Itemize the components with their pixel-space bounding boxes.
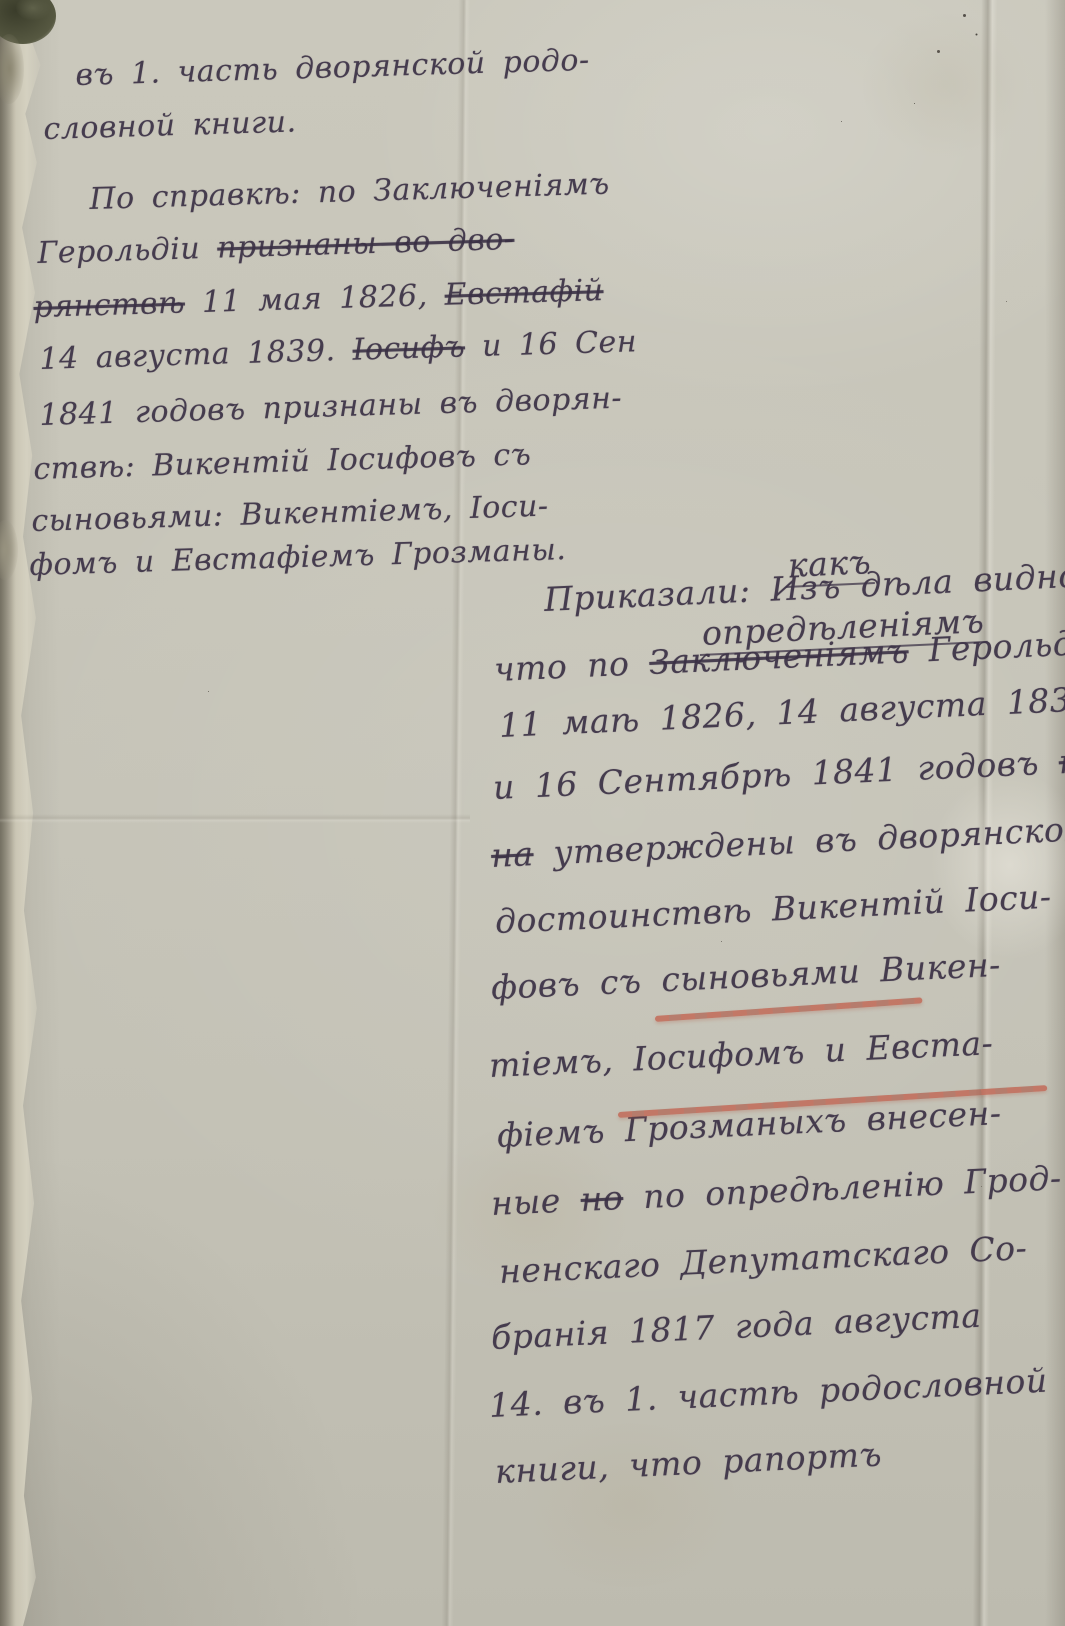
- text-segment: фовъ съ сыновьями Викен-: [490, 945, 1001, 1007]
- manuscript-line: ные но по опредѣленію Грод-: [490, 1158, 1062, 1223]
- text-segment: ные: [490, 1180, 581, 1223]
- manuscript-page: въ 1. часть дворянской родо-словной книг…: [0, 0, 1065, 1626]
- text-segment: Герольдіи: [908, 622, 1065, 670]
- manuscript-line: фіемъ Грозманыхъ внесен-: [496, 1093, 1002, 1155]
- text-segment: утверждены въ дворянскомъ: [533, 808, 1065, 873]
- struck-text-segment: но: [580, 1178, 624, 1219]
- text-segment: достоинствѣ Викентій Іоси-: [494, 877, 1052, 941]
- text-segment: по опредѣленію Грод-: [622, 1158, 1062, 1217]
- manuscript-line: бранія 1817 года августа: [490, 1296, 982, 1357]
- text-segment: и 16 Сентябрѣ 1841 годовъ: [492, 742, 1059, 807]
- text-segment: 11 маѣ 1826, 14 августа 1839: [498, 679, 1065, 745]
- manuscript-line: 14. въ 1. частѣ родословной: [488, 1361, 1048, 1425]
- manuscript-line: ненскаго Депутатскаго Со-: [498, 1228, 1028, 1291]
- text-segment: книги, что рапортъ: [494, 1434, 882, 1491]
- text-segment: что по: [493, 643, 650, 689]
- manuscript-line: тіемъ, Іосифомъ и Евста-: [488, 1023, 994, 1085]
- manuscript-line: фовъ съ сыновьями Викен-: [490, 945, 1001, 1007]
- text-segment: ненскаго Депутатскаго Со-: [498, 1228, 1028, 1291]
- struck-text-segment: приз: [1058, 739, 1065, 782]
- right-text-block: какъПриказали: Изъ дѣла видноопредѣленія…: [0, 0, 1065, 1626]
- text-segment: 14. въ 1. частѣ родословной: [488, 1361, 1048, 1425]
- text-segment: бранія 1817 года августа: [490, 1296, 982, 1357]
- text-segment: фіемъ Грозманыхъ внесен-: [496, 1093, 1002, 1155]
- text-segment: тіемъ, Іосифомъ и Евста-: [488, 1023, 994, 1085]
- manuscript-line: 11 маѣ 1826, 14 августа 1839: [498, 679, 1065, 745]
- manuscript-line: и 16 Сентябрѣ 1841 годовъ приз: [492, 739, 1065, 807]
- manuscript-line: достоинствѣ Викентій Іоси-: [494, 877, 1052, 941]
- struck-text-segment: на: [490, 834, 534, 875]
- manuscript-line: на утверждены въ дворянскомъ: [490, 808, 1065, 875]
- struck-text-segment: Заключеніямъ: [648, 631, 909, 682]
- manuscript-line: книги, что рапортъ: [494, 1434, 882, 1491]
